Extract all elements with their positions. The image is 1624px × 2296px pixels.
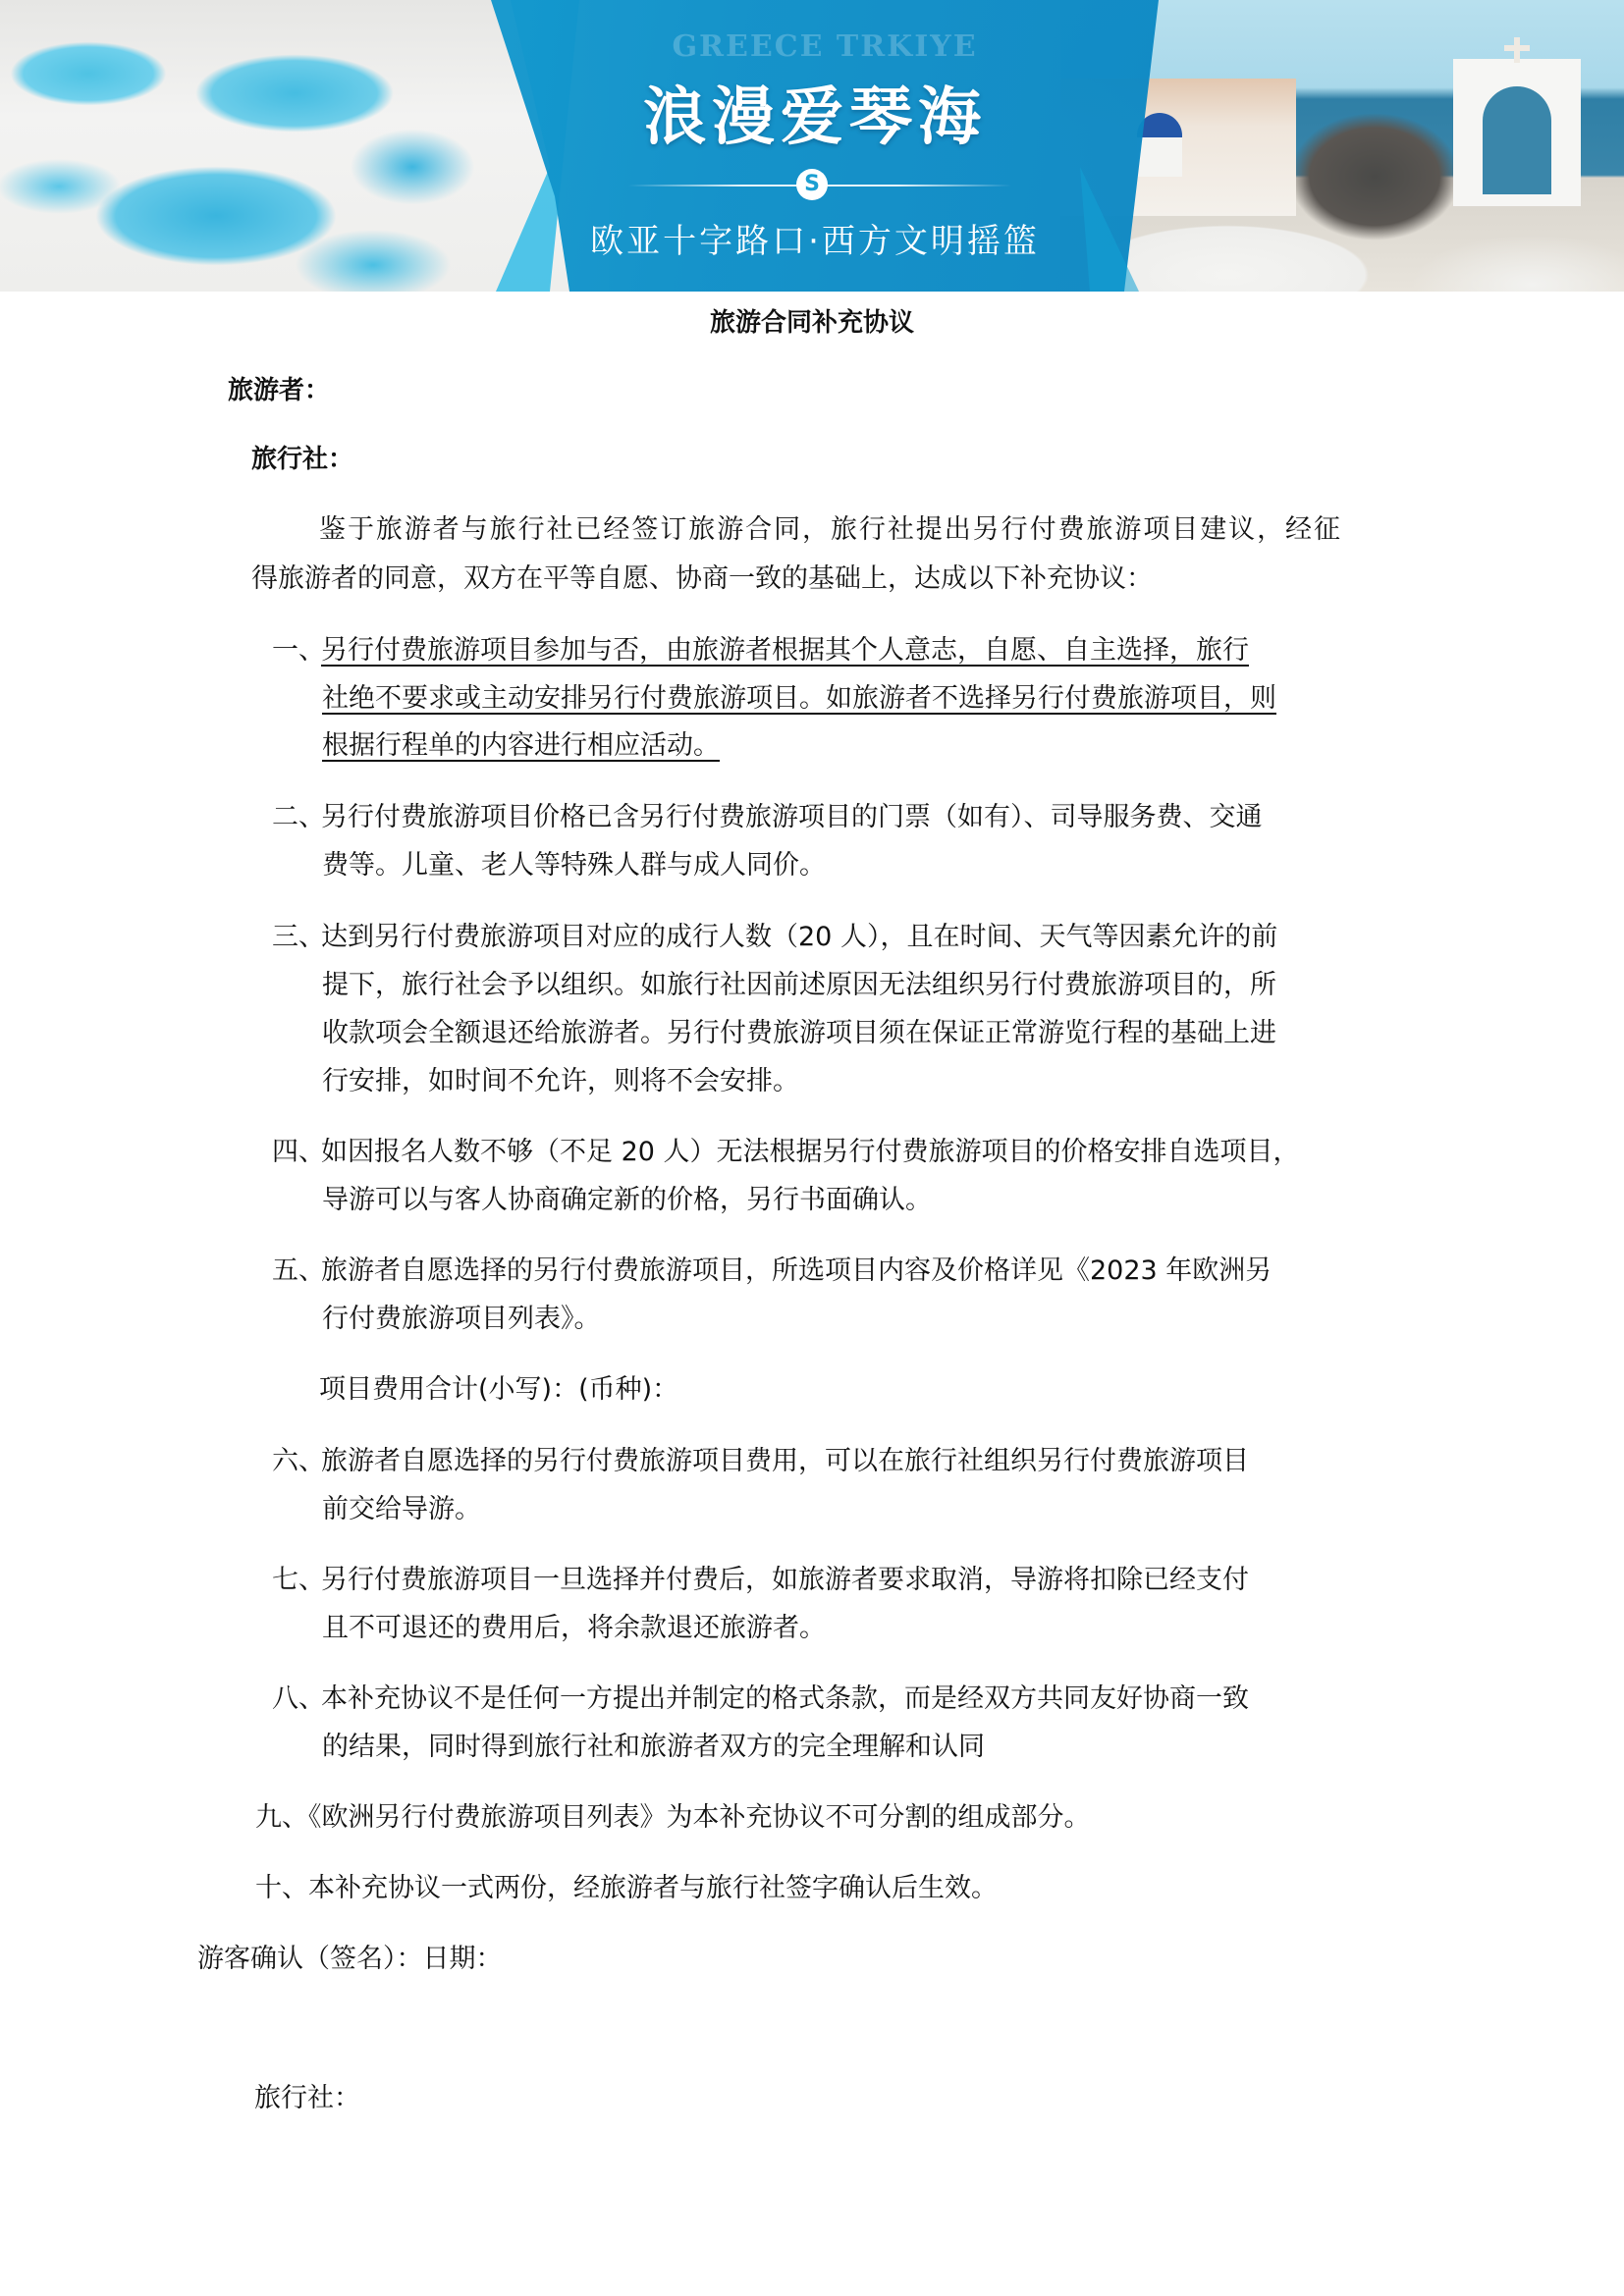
- clause-text: 另行付费旅游项目一旦选择并付费后，如旅游者要求取消，导游将扣除已经支付: [321, 1565, 1249, 1595]
- clause-3: 三、达到另行付费旅游项目对应的成行人数（20 人），且在时间、天气等因素允许的前: [272, 920, 1277, 955]
- clause-2-line-2: 费等。儿童、老人等特殊人群与成人同价。: [322, 848, 826, 883]
- fee-total-field[interactable]: 项目费用合计(小写)：(币种)：: [319, 1372, 678, 1408]
- clause-2: 二、另行付费旅游项目价格已含另行付费旅游项目的门票（如有）、司导服务费、交通: [272, 800, 1263, 835]
- clause-7: 七、另行付费旅游项目一旦选择并付费后，如旅游者要求取消，导游将扣除已经支付: [272, 1563, 1249, 1598]
- clause-number: 九、: [255, 1802, 308, 1833]
- clause-8-line-2: 的结果，同时得到旅行社和旅游者双方的完全理解和认同: [322, 1730, 985, 1765]
- clause-4-line-2: 导游可以与客人协商确定新的价格，另行书面确认。: [322, 1183, 932, 1218]
- traveler-signature-field[interactable]: 游客确认（签名）：日期：: [197, 1942, 503, 1977]
- clause-text: 如因报名人数不够（不足 20 人）无法根据另行付费旅游项目的价格安排自选项目，: [321, 1137, 1300, 1167]
- clause-7-line-2: 且不可退还的费用后，将余款退还旅游者。: [322, 1611, 826, 1646]
- clause-text: 本补充协议一式两份，经旅游者与旅行社签字确认后生效。: [308, 1873, 998, 1903]
- clause-text: 旅游者自愿选择的另行付费旅游项目费用，可以在旅行社组织另行付费旅游项目: [321, 1446, 1249, 1476]
- clause-text: 本补充协议不是任何一方提出并制定的格式条款，而是经双方共同友好协商一致: [321, 1683, 1249, 1714]
- clause-1-line-2: 社绝不要求或主动安排另行付费旅游项目。如旅游者不选择另行付费旅游项目，则: [322, 681, 1276, 717]
- agency-party-label: 旅行社：: [251, 442, 353, 477]
- clause-1: 一、另行付费旅游项目参加与否，由旅游者根据其个人意志，自愿、自主选择，旅行: [272, 633, 1249, 668]
- banner-title: 浪漫爱琴海: [550, 67, 1080, 157]
- document-title: 旅游合同补充协议: [0, 302, 1624, 339]
- clause-3-line-4: 行安排，如时间不允许，则将不会安排。: [322, 1064, 799, 1099]
- clause-number: 二、: [272, 800, 321, 835]
- intro-line-2: 得旅游者的同意，双方在平等自愿、协商一致的基础上，达成以下补充协议：: [251, 561, 1153, 597]
- clause-number: 十、: [255, 1873, 308, 1903]
- clause-10: 十、本补充协议一式两份，经旅游者与旅行社签字确认后生效。: [255, 1871, 998, 1906]
- clause-1-line-3: 根据行程单的内容进行相应活动。: [322, 728, 720, 764]
- clause-number: 八、: [272, 1682, 321, 1717]
- clause-6: 六、旅游者自愿选择的另行付费旅游项目费用，可以在旅行社组织另行付费旅游项目: [272, 1444, 1249, 1479]
- traveler-party-label: 旅游者：: [228, 373, 330, 408]
- bell-arch: [1483, 86, 1551, 194]
- clause-3-line-3: 收款项会全额退还给旅游者。另行付费旅游项目须在保证正常游览行程的基础上进: [322, 1016, 1276, 1051]
- banner-english-watermark: GREECE TRKIYE: [638, 29, 1011, 64]
- clause-6-line-2: 前交给导游。: [322, 1492, 481, 1527]
- clause-number: 七、: [272, 1563, 321, 1598]
- banner-slogan: 欧亚十字路口·西方文明摇篮: [550, 214, 1080, 262]
- clause-text: 《欧洲另行付费旅游项目列表》为本补充协议不可分割的组成部分。: [308, 1802, 1091, 1833]
- clause-8: 八、本补充协议不是任何一方提出并制定的格式条款，而是经双方共同友好协商一致: [272, 1682, 1249, 1717]
- header-banner: GREECE TRKIYE 浪漫爱琴海 S 欧亚十字路口·西方文明摇篮: [0, 0, 1624, 292]
- clause-4: 四、如因报名人数不够（不足 20 人）无法根据另行付费旅游项目的价格安排自选项目…: [272, 1135, 1300, 1170]
- clause-text: 另行付费旅游项目参加与否，由旅游者根据其个人意志，自愿、自主选择，旅行: [321, 635, 1249, 666]
- clause-5: 五、旅游者自愿选择的另行付费旅游项目，所选项目内容及价格详见《2023 年欧洲另: [272, 1254, 1272, 1289]
- clause-text: 旅游者自愿选择的另行付费旅游项目，所选项目内容及价格详见《2023 年欧洲另: [321, 1255, 1272, 1286]
- clause-number: 六、: [272, 1444, 321, 1479]
- clause-3-line-2: 提下，旅行社会予以组织。如旅行社因前述原因无法组织另行付费旅游项目的，所: [322, 968, 1276, 1003]
- church-wall: [1137, 137, 1182, 177]
- clause-9: 九、《欧洲另行付费旅游项目列表》为本补充协议不可分割的组成部分。: [255, 1800, 1091, 1836]
- agency-signature-field[interactable]: 旅行社：: [254, 2081, 360, 2116]
- intro-line-1: 鉴于旅游者与旅行社已经签订旅游合同，旅行社提出另行付费旅游项目建议，经征: [319, 512, 1340, 548]
- clause-number: 四、: [272, 1135, 321, 1170]
- cross-icon-bar: [1504, 45, 1530, 51]
- clause-text: 另行付费旅游项目价格已含另行付费旅游项目的门票（如有）、司导服务费、交通: [321, 802, 1263, 832]
- clause-text: 达到另行付费旅游项目对应的成行人数（20 人），且在时间、天气等因素允许的前: [321, 922, 1277, 952]
- clause-number: 一、: [272, 633, 321, 668]
- brand-logo-icon: S: [796, 169, 828, 200]
- clause-number: 五、: [272, 1254, 321, 1289]
- clause-5-line-2: 行付费旅游项目列表》。: [322, 1302, 601, 1337]
- clause-number: 三、: [272, 920, 321, 955]
